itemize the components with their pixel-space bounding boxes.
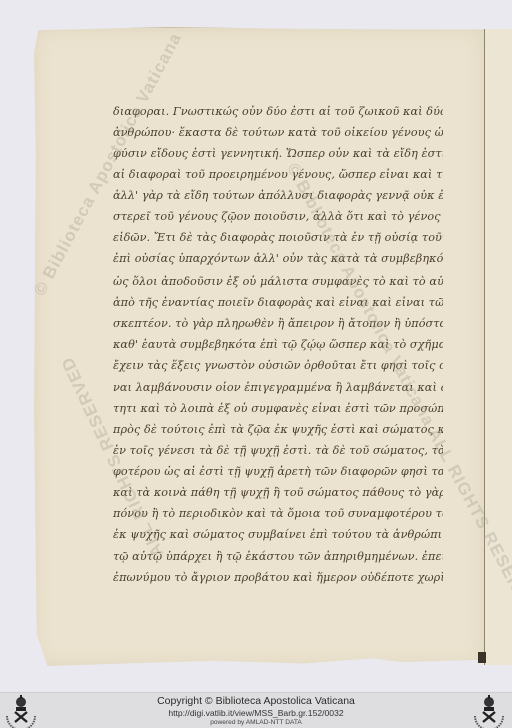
text-line: διαφοραι. Γνωστικώς οὖν δύο ἐστι αἱ τοῦ … [113, 105, 443, 118]
text-line: φύσιν εἴδους ἐστὶ γεννητική. Ὥσπερ οὖν κ… [113, 147, 443, 160]
text-line: ναι λαμβάνουσιν οἷον ἐπιγεγραμμένα ἢ λαμ… [113, 381, 443, 394]
text-line: στερεῖ τοῦ γένους ζῷον ποιοῦσιν, ἀλλὰ ὅτ… [113, 210, 443, 223]
manuscript-text: διαφοραι. Γνωστικώς οὖν δύο ἐστι αἱ τοῦ … [0, 0, 512, 692]
copyright-footer: Copyright © Biblioteca Apostolica Vatica… [0, 692, 512, 728]
text-line: πρὸς δὲ τούτοις ἐπὶ τὰ ζῷα ἐκ ψυχῆς ἐστὶ… [113, 423, 443, 436]
copyright-text: Copyright © Biblioteca Apostolica Vatica… [0, 695, 512, 707]
vatican-library-seal-icon [472, 694, 506, 728]
text-line: ἀνθρώπου· ἕκαστα δὲ τούτων κατὰ τοῦ οἰκε… [113, 126, 443, 139]
text-line: εἰδῶν. Ἔτι δὲ τὰς διαφορὰς ποιοῦσιν τὰ ἐ… [113, 231, 443, 244]
text-line: ἀλλ' γὰρ τὰ εἴδη τούτων ἀπόλλυσι διαφορὰ… [113, 189, 443, 202]
text-line: ἐπὶ οὐσίας ὑπαρχόντων ἀλλ' οὖν τὰς κατὰ … [113, 252, 443, 265]
text-line: καὶ τὰ κοινὰ πάθη τῇ ψυχῇ ἢ τοῦ σώματος … [113, 486, 443, 499]
text-line: φοτέρου ὡς αἱ ἐστὶ τῇ ψυχῇ ἀρετὴ τῶν δια… [113, 465, 443, 478]
text-line: αἱ διαφοραὶ τοῦ προειρημένου γένους, ὥσπ… [113, 168, 443, 181]
powered-by-text: powered by AMLAD-NTT DATA [0, 719, 512, 726]
text-line: ὡς ὅλοι ἀποδοῦσιν ἐξ οὗ μάλιστα συμφανὲς… [113, 275, 443, 288]
text-line: ἀπὸ τῆς ἐναντίας ποιεῖν διαφορὰς καὶ εἶν… [113, 296, 443, 309]
text-line: ἐν τοῖς γένεσι τὰ δὲ τῇ ψυχῇ ἐστὶ. τὰ δὲ… [113, 444, 443, 457]
text-line: τητι καὶ τὸ λοιπὰ ἐξ οὗ συμφανὲς εἶναι ἐ… [113, 402, 443, 415]
permalink-url[interactable]: http://digi.vatlib.it/view/MSS_Barb.gr.1… [0, 708, 512, 718]
text-line: ἐπωνύμου τὸ ἄγριον προβάτου καὶ ἥμερον ο… [113, 571, 443, 584]
text-line: πόνου ἢ τὸ περιοδικὸν καὶ τὰ ὅμοια τοῦ σ… [113, 507, 443, 520]
text-line: σκεπτέον. τὸ γὰρ πληρωθὲν ἢ ἄπειρον ἢ ἄτ… [113, 317, 443, 330]
image-viewer[interactable]: διαφοραι. Γνωστικώς οὖν δύο ἐστι αἱ τοῦ … [0, 0, 512, 692]
